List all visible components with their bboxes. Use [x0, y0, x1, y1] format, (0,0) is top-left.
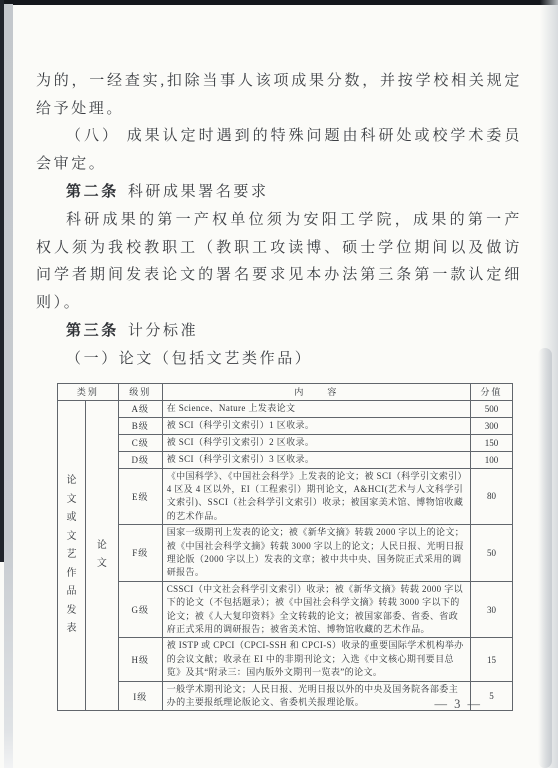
- subsection-1-heading: （一）论文（包括文艺类作品）: [36, 346, 522, 374]
- level-cell: G级: [118, 581, 162, 638]
- table-row: H级 被 ISTP 或 CPCI（CPCI-SSH 和 CPCI-S）收录的重要…: [58, 638, 513, 681]
- level-cell: H级: [118, 638, 162, 681]
- table-row: 论文或文艺作品发表 论文 A级 在 Science、Nature 上发表论文 5…: [58, 400, 513, 417]
- scanned-page: 为的，一经查实,扣除当事人该项成果分数，并按学校相关规定给予处理。 （八） 成果…: [0, 0, 558, 768]
- article-2-number: 第二条: [66, 183, 119, 200]
- category-main-label: 论文或文艺作品发表: [66, 472, 77, 639]
- header-category: 类别: [58, 383, 119, 400]
- score-cell: 50: [471, 525, 513, 582]
- score-cell: 80: [471, 468, 513, 525]
- document-body: 为的，一经查实,扣除当事人该项成果分数，并按学校相关规定给予处理。 （八） 成果…: [36, 68, 522, 711]
- content-cell: 国家一级期刊上发表的论文；被《新华文摘》转载 2000 字以上的论文；被《中国社…: [162, 525, 470, 582]
- paragraph-continuation: 为的，一经查实,扣除当事人该项成果分数，并按学校相关规定给予处理。: [36, 68, 522, 123]
- level-cell: B级: [118, 417, 162, 434]
- scan-edge-left-shadow: [4, 4, 13, 768]
- score-cell: 300: [471, 417, 513, 434]
- category-sub-cell: 论文: [85, 400, 118, 711]
- level-cell: E级: [118, 468, 162, 525]
- level-cell: I级: [118, 681, 162, 711]
- score-cell: 150: [471, 434, 513, 451]
- table-row: G级 CSSCI（中文社会科学引文索引）收录；被《新华文摘》转载 2000 字以…: [58, 581, 513, 638]
- content-cell: 被 ISTP 或 CPCI（CPCI-SSH 和 CPCI-S）收录的重要国际学…: [162, 638, 470, 681]
- article-3-title: 计分标准: [128, 323, 198, 339]
- article-3-heading: 第三条计分标准: [36, 317, 522, 346]
- table-header-row: 类别 级别 内 容 分值: [58, 383, 513, 400]
- article-2-heading: 第二条科研成果署名要求: [36, 178, 522, 207]
- table-row: C级 被 SCI（科学引文索引）2 区收录。 150: [58, 434, 513, 451]
- content-cell: 被 SCI（科学引文索引）2 区收录。: [162, 434, 470, 451]
- header-content: 内 容: [162, 383, 470, 400]
- content-cell: CSSCI（中文社会科学引文索引）收录；被《新华文摘》转载 2000 字以下的论…: [162, 581, 470, 638]
- score-cell: 500: [471, 400, 513, 417]
- header-score: 分值: [471, 383, 513, 400]
- score-cell: 100: [471, 451, 513, 468]
- scan-edge-top: [0, 0, 558, 5]
- content-cell: 《中国科学》、《中国社会科学》上发表的论文；被 SCI（科学引文索引）4 区及 …: [162, 468, 470, 525]
- scan-page-curl-shadow: [538, 348, 552, 768]
- table-row: D级 被 SCI（科学引文索引）3 区收录。 100: [58, 451, 513, 468]
- content-cell: 被 SCI（科学引文索引）1 区收录。: [162, 417, 470, 434]
- table-row: F级 国家一级期刊上发表的论文；被《新华文摘》转载 2000 字以上的论文；被《…: [58, 525, 513, 582]
- table-row: B级 被 SCI（科学引文索引）1 区收录。 300: [58, 417, 513, 434]
- level-cell: C级: [118, 434, 162, 451]
- scan-edge-left: [0, 0, 4, 562]
- score-cell: 30: [471, 581, 513, 638]
- paragraph-item-eight: （八） 成果认定时遇到的特殊问题由科研处或校学术委员会审定。: [36, 123, 522, 178]
- header-level: 级别: [118, 383, 162, 400]
- category-main-cell: 论文或文艺作品发表: [58, 400, 86, 711]
- article-2-body: 科研成果的第一产权单位须为安阳工学院，成果的第一产权人须为我校教职工（教职工攻读…: [36, 207, 522, 317]
- level-cell: F级: [118, 525, 162, 582]
- page-number: — 3 —: [435, 697, 483, 712]
- level-cell: D级: [118, 451, 162, 468]
- scoring-table: 类别 级别 内 容 分值 论文或文艺作品发表 论文 A级 在 Science、N…: [57, 383, 513, 712]
- article-3-number: 第三条: [66, 322, 119, 339]
- level-cell: A级: [118, 400, 162, 417]
- content-cell: 在 Science、Nature 上发表论文: [162, 400, 470, 417]
- content-cell: 一般学术期刊论文；人民日报、光明日报以外的中央及国务院各部委主办的主要报纸理论版…: [162, 681, 470, 711]
- category-sub-label: 论文: [96, 537, 107, 574]
- content-cell: 被 SCI（科学引文索引）3 区收录。: [162, 451, 470, 468]
- score-cell: 15: [471, 638, 513, 681]
- table-row: E级 《中国科学》、《中国社会科学》上发表的论文；被 SCI（科学引文索引）4 …: [58, 468, 513, 525]
- article-2-title: 科研成果署名要求: [128, 184, 269, 200]
